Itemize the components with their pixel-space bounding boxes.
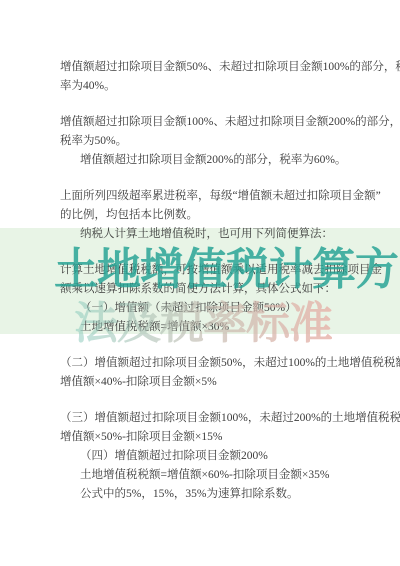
paragraph-6: 计算土地增值税税额，可按增值额乘以适用税率减去扣除项目金 额乘以速算扣除系数的简… (60, 261, 400, 299)
paragraph-2: 增值额超过扣除项目金额100%、未超过扣除项目金额200%的部分， 税率为50%… (60, 113, 400, 151)
paragraph-8: 土地增值税税额=增值额×30% (60, 318, 400, 337)
paragraph-1: 增值额超过扣除项目金额50%、未超过扣除项目金额100%的部分，税 率为40%。 (60, 58, 400, 96)
paragraph-7: （一）增值额（未超过扣除项目金额50%） (60, 299, 400, 318)
paragraph-10: （三）增值额超过扣除项目金额100%，未超过200%的土地增值税税额= 增值额×… (60, 409, 400, 447)
paragraph-12: 土地增值税税额=增值额×60%-扣除项目金额×35% (60, 466, 400, 485)
paragraph-11: （四）增值额超过扣除项目金额200% (60, 447, 400, 466)
paragraph-3: 增值额超过扣除项目金额200%的部分，税率为60%。 (60, 151, 400, 170)
document-body: 增值额超过扣除项目金额50%、未超过扣除项目金额100%的部分，税 率为40%。… (60, 58, 400, 504)
document-page: 增值额超过扣除项目金额50%、未超过扣除项目金额100%的部分，税 率为40%。… (0, 0, 400, 566)
paragraph-9: （二）增值额超过扣除项目金额50%，未超过100%的土地增值税税额= 增值额×4… (60, 354, 400, 392)
paragraph-5: 纳税人计算土地增值税时，也可用下列简便算法： (60, 225, 400, 244)
paragraph-13: 公式中的5%，15%，35%为速算扣除系数。 (60, 485, 400, 504)
paragraph-4: 上面所列四级超率累进税率，每级“增值额未超过扣除项目金额” 的比例，均包括本比例… (60, 187, 400, 225)
